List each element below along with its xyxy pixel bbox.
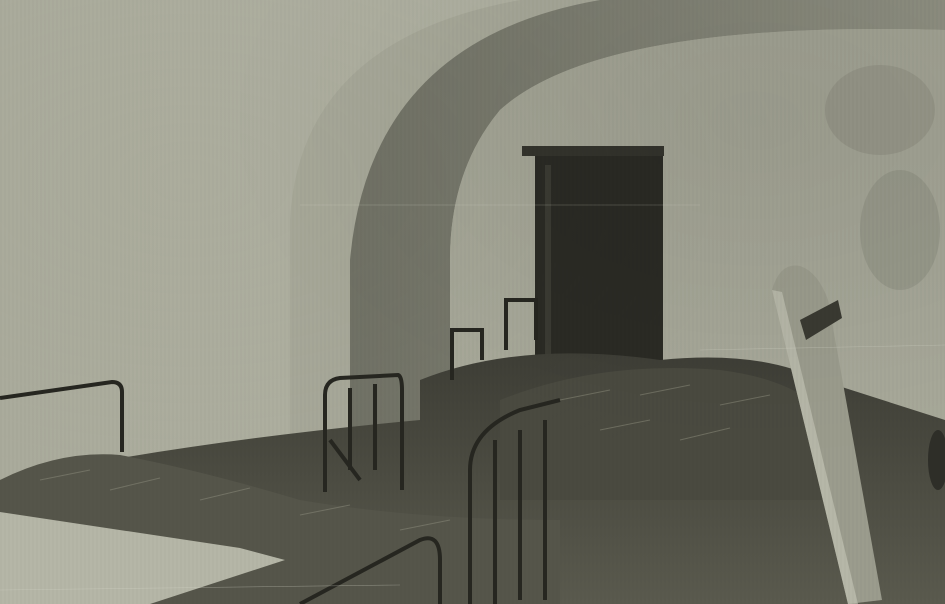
doorway — [522, 146, 664, 376]
straw-heap-center — [500, 368, 830, 500]
scene — [0, 0, 945, 604]
archival-photograph: Archival black-and-white photograph of a… — [0, 0, 945, 604]
